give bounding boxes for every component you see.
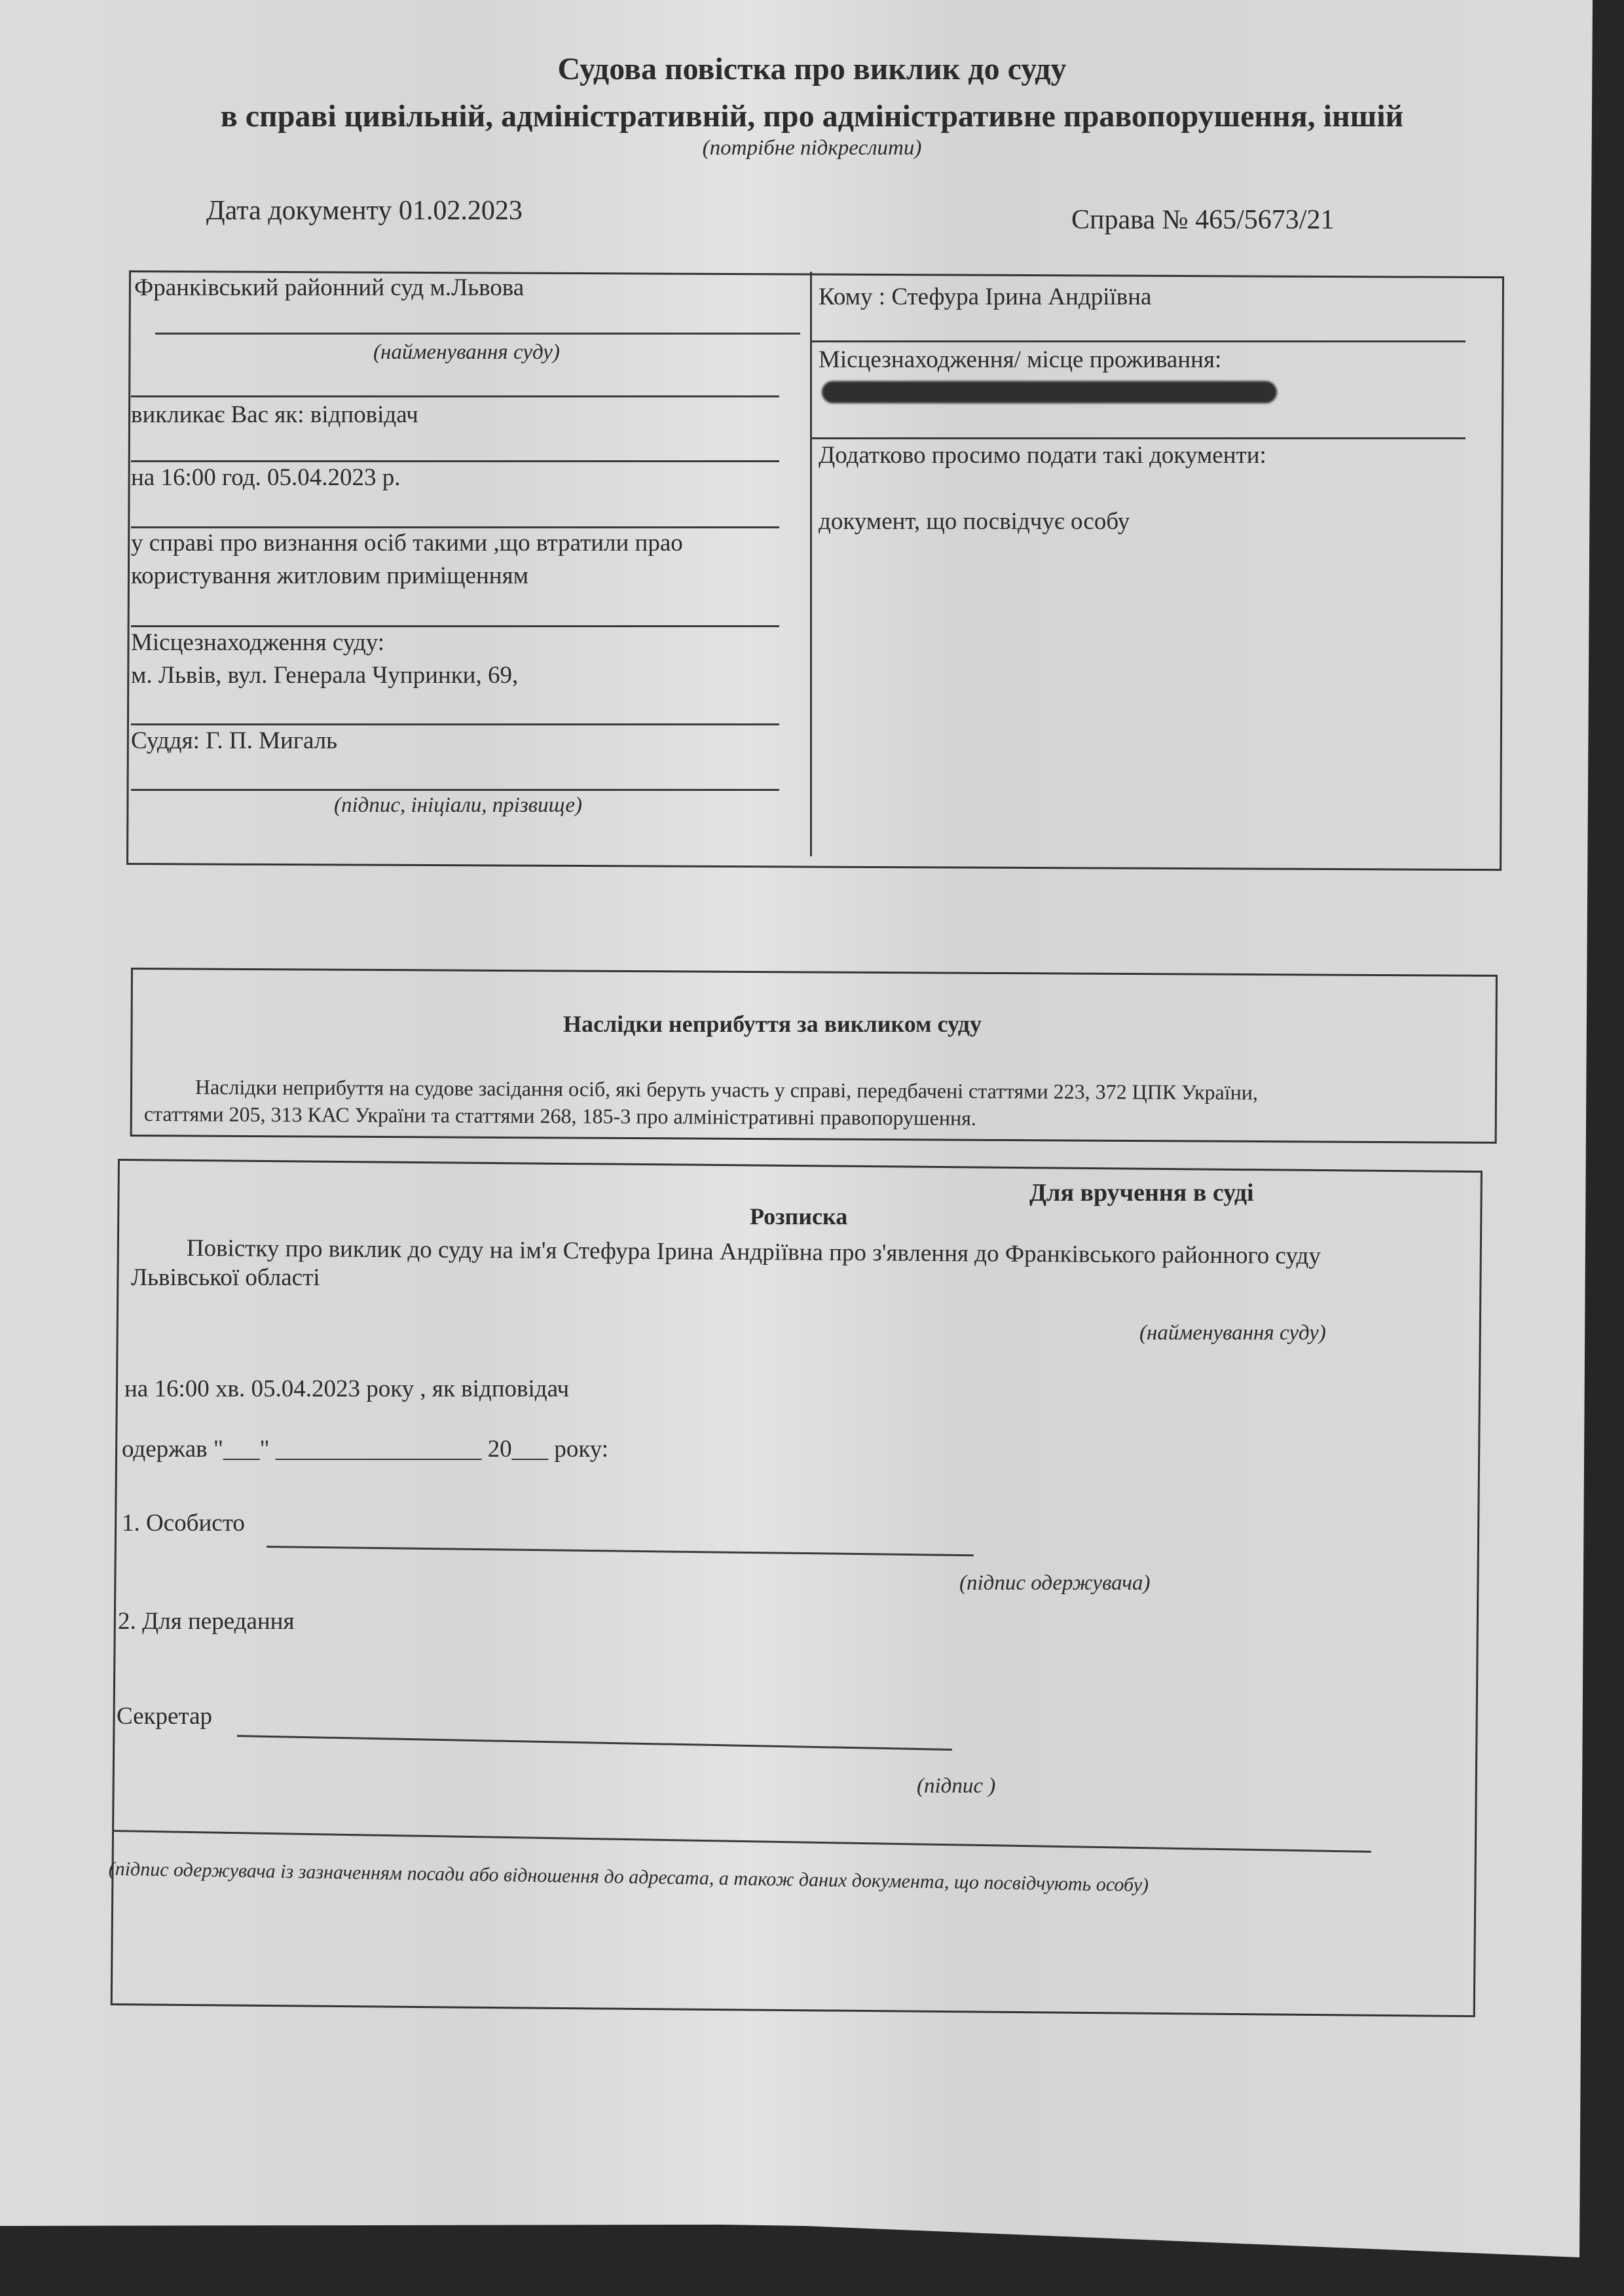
divider	[131, 789, 779, 791]
case-subject-line2: користування житловим приміщенням	[131, 562, 528, 590]
consequences-heading: Наслідки неприбуття за викликом суду	[563, 1010, 982, 1038]
receipt-court-caption: (найменування суду)	[1139, 1321, 1326, 1345]
consequences-body-line2: статтями 205, 313 КАС України та статтям…	[144, 1102, 976, 1131]
receipt-hearing-line: на 16:00 хв. 05.04.2023 року , як відпов…	[124, 1375, 569, 1403]
receipt-text-line2: Львівської області	[131, 1264, 320, 1292]
secretary-label: Секретар	[117, 1702, 212, 1730]
judge-caption: (підпис, ініціали, прізвище)	[334, 793, 582, 818]
additional-docs-value: документ, що посвідчує особу	[819, 507, 1130, 536]
court-name: Франківський районний суд м.Львова	[134, 274, 524, 302]
for-transfer-label: 2. Для передання	[118, 1607, 295, 1635]
divider	[812, 340, 1466, 342]
divider	[131, 460, 779, 462]
summons-as: викликає Вас як: відповідач	[131, 401, 418, 429]
court-location-label: Місцезнаходження суду:	[131, 629, 384, 657]
divider	[131, 526, 779, 528]
column-divider	[810, 272, 812, 856]
document-date: Дата документу 01.02.2023	[206, 195, 523, 227]
additional-docs-label: Додатково просимо подати такі документи:	[819, 441, 1266, 469]
receipt-heading: Розписка	[750, 1203, 847, 1230]
recipient-name: Кому : Стефура Ірина Андріївна	[819, 283, 1151, 311]
court-name-caption: (найменування суду)	[373, 340, 560, 365]
hearing-time: на 16:00 год. 05.04.2023 р.	[131, 464, 401, 492]
personally-label: 1. Особисто	[122, 1509, 245, 1537]
case-subject-line1: у справі про визнання осіб такими ,що вт…	[131, 529, 683, 557]
divider	[131, 395, 779, 397]
document-title-note: (потрібне підкреслити)	[0, 136, 1624, 160]
for-court-delivery: Для вручення в суді	[1029, 1178, 1254, 1207]
received-date-line: одержав "___" _________________ 20___ ро…	[122, 1435, 608, 1463]
redacted-address	[822, 381, 1277, 403]
document-title-line1: Судова повістка про виклик до суду	[0, 51, 1624, 87]
secretary-signature-caption: (підпис )	[917, 1774, 995, 1798]
recipient-signature-caption: (підпис одержувача)	[959, 1571, 1150, 1595]
divider	[812, 437, 1466, 439]
document-title-line2: в справі цивільній, адміністративній, пр…	[0, 98, 1624, 134]
address-label: Місцезнаходження/ місце проживання:	[819, 346, 1221, 374]
case-number: Справа № 465/5673/21	[1071, 204, 1334, 236]
judge-name: Суддя: Г. П. Мигаль	[131, 727, 337, 755]
divider	[131, 723, 779, 725]
divider	[155, 333, 800, 335]
summons-paper: Судова повістка про виклик до суду в спр…	[0, 0, 1593, 2267]
court-location-value: м. Львів, вул. Генерала Чупринки, 69,	[131, 661, 518, 689]
divider	[131, 625, 779, 627]
